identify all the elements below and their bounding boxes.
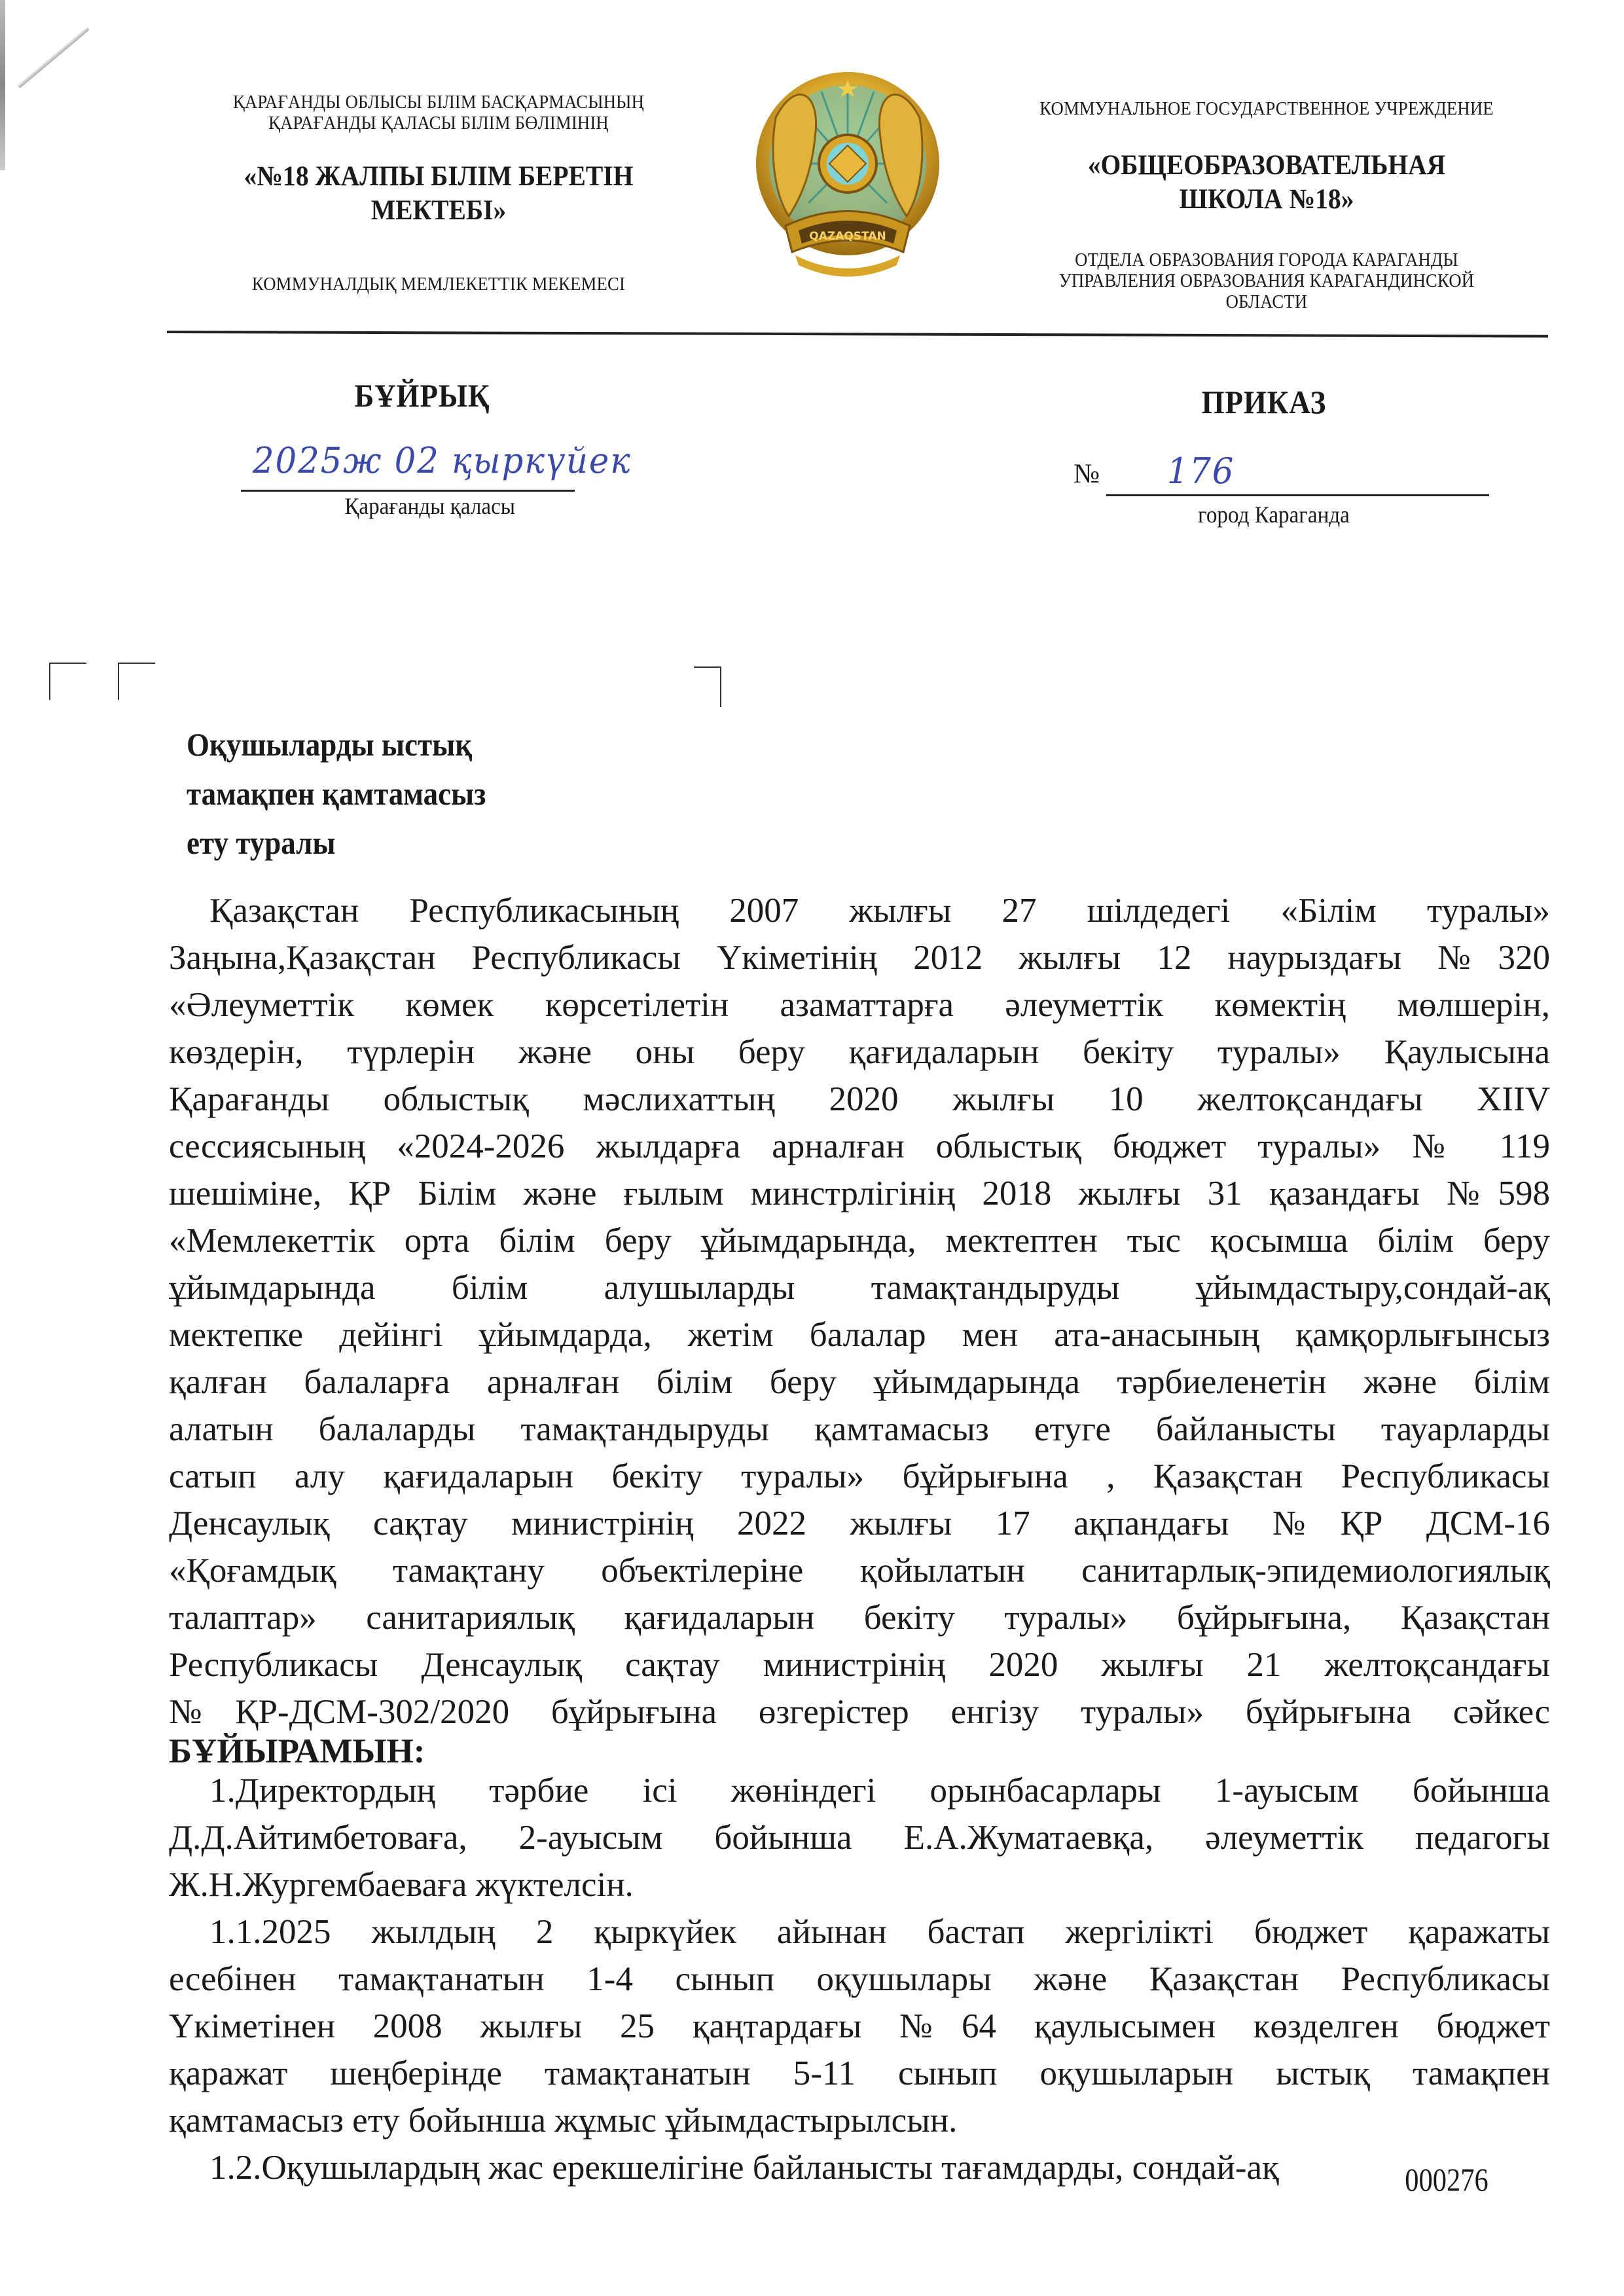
state-emblem-icon: QAZAQSTAN (749, 65, 946, 282)
order-subject: Оқушыларды ыстық тамақпен қамтамасыз ету… (187, 720, 486, 867)
body-line: №ҚР-ДСМ-302/2020 бұйрығына өзгерістер ен… (169, 1688, 1550, 1736)
item-1-1-line: есебінен тамақтанатын 1-4 сынып оқушылар… (169, 1956, 1550, 2003)
subject-line-1: Оқушыларды ыстық (187, 720, 486, 769)
command-heading: БҰЙЫРАМЫН: (169, 1736, 1550, 1767)
serial-number: 000276 (1405, 2160, 1489, 2198)
institution-type-ru: КОММУНАЛЬНОЕ ГОСУДАРСТВЕННОЕ УЧРЕЖДЕНИЕ (986, 98, 1547, 119)
corner-bracket-left (49, 663, 86, 700)
item-1-2-line: 1.2.Оқушылардың жас ерекшелігіне байланы… (169, 2144, 1550, 2191)
body-line: сессиясының «2024-2026 жылдарға арналған… (169, 1123, 1550, 1170)
header-right-ru: КОММУНАЛЬНОЕ ГОСУДАРСТВЕННОЕ УЧРЕЖДЕНИЕ … (962, 98, 1571, 312)
body-line: Денсаулық сақтау министрінің 2022 жылғы … (169, 1500, 1550, 1547)
scan-edge (0, 0, 5, 170)
city-kz: Қарағанды қаласы (344, 492, 515, 520)
body-line: алатын балаларды тамақтандыруды қамтамас… (169, 1406, 1550, 1453)
emblem-label: QAZAQSTAN (809, 230, 886, 243)
subject-line-3: ету туралы (187, 818, 486, 867)
school-name-ru-line2: ШКОЛА №18» (986, 183, 1547, 217)
body-line: Қазақстан Республикасының 2007 жылғы 27 … (169, 887, 1550, 934)
city-ru: город Караганда (1198, 501, 1350, 528)
body-line: мектепке дейінгі ұйымдарда, жетім балала… (169, 1311, 1550, 1358)
date-line (241, 490, 575, 492)
item-1-1-line: Үкіметінен 2008 жылғы 25 қаңтардағы №64 … (169, 2003, 1550, 2050)
header-left-kz: ҚАРАҒАНДЫ ОБЛЫСЫ БІЛІМ БАСҚАРМАСЫНЫҢ ҚАР… (151, 92, 727, 295)
body-line: «Әлеуметтік көмек көрсетілетін азаматтар… (169, 981, 1550, 1029)
item-1-1-line: 1.1.2025 жылдың 2 қыркүйек айынан бастап… (169, 1908, 1550, 1956)
body-line: көздерін, түрлерін және оны беру қағидал… (169, 1029, 1550, 1076)
body-line: «Қоғамдық тамақтану объектілеріне қойыла… (169, 1547, 1550, 1594)
item-1-line: Ж.Н.Жургембаеваға жүктелсін. (169, 1861, 1550, 1908)
number-sign: № (1074, 458, 1100, 490)
body-line: сатып алу қағидаларын бекіту туралы» бұй… (169, 1453, 1550, 1500)
header-right-line2: УПРАВЛЕНИЯ ОБРАЗОВАНИЯ КАРАГАНДИНСКОЙ (986, 270, 1547, 291)
pen-mark (17, 27, 90, 89)
header-right-line3: ОБЛАСТИ (986, 291, 1547, 312)
body-line: қалған балаларға арналған білім беру ұйы… (169, 1358, 1550, 1406)
order-body: Қазақстан Республикасының 2007 жылғы 27 … (169, 887, 1550, 2191)
subject-line-2: тамақпен қамтамасыз (187, 769, 486, 818)
handwritten-date: 2025ж 02 қыркүйек (253, 440, 651, 481)
body-line: «Мемлекеттік орта білім беру ұйымдарында… (169, 1217, 1550, 1264)
order-title-ru: ПРИКАЗ (1202, 383, 1327, 421)
item-1-line: Д.Д.Айтимбетоваға, 2-ауысым бойынша Е.А.… (169, 1814, 1550, 1861)
header-left-line1: ҚАРАҒАНДЫ ОБЛЫСЫ БІЛІМ БАСҚАРМАСЫНЫҢ (173, 92, 704, 113)
body-line: ұйымдарында білім алушыларды тамақтандыр… (169, 1264, 1550, 1311)
corner-bracket-right (694, 666, 721, 707)
school-name-kz-line1: «№18 ЖАЛПЫ БІЛІМ БЕРЕТІН (173, 160, 704, 194)
item-1-line: 1.Директордың тәрбие ісі жөніндегі орынб… (169, 1767, 1550, 1814)
header-right-line1: ОТДЕЛА ОБРАЗОВАНИЯ ГОРОДА КАРАГАНДЫ (986, 249, 1547, 270)
body-line: талаптар» санитариялық қағидаларын бекіт… (169, 1594, 1550, 1641)
order-title-kz: БҰЙРЫҚ (354, 376, 490, 414)
handwritten-order-number: 176 (1167, 450, 1235, 492)
body-line: Заңына,Қазақстан Республикасы Үкіметінің… (169, 934, 1550, 981)
header-divider (167, 331, 1548, 338)
body-line: Қарағанды облыстық мәслихаттың 2020 жылғ… (169, 1076, 1550, 1123)
body-line: шешіміне, ҚР Білім және ғылым минстрлігі… (169, 1170, 1550, 1217)
item-1-1-line: қамтамасыз ету бойынша жұмыс ұйымдастыры… (169, 2097, 1550, 2144)
school-name-ru-line1: «ОБЩЕОБРАЗОВАТЕЛЬНАЯ (986, 149, 1547, 183)
number-line (1106, 494, 1489, 496)
corner-bracket-left-2 (118, 663, 155, 700)
item-1-1-line: қаражат шеңберінде тамақтанатын 5-11 сын… (169, 2050, 1550, 2097)
header-left-line2: ҚАРАҒАНДЫ ҚАЛАСЫ БІЛІМ БӨЛІМІНІҢ (173, 113, 704, 134)
school-name-kz-line2: МЕКТЕБІ» (173, 194, 704, 228)
institution-type-kz: КОММУНАЛДЫҚ МЕМЛЕКЕТТІК МЕКЕМЕСІ (173, 274, 704, 295)
body-line: Республикасы Денсаулық сақтау министріні… (169, 1641, 1550, 1688)
